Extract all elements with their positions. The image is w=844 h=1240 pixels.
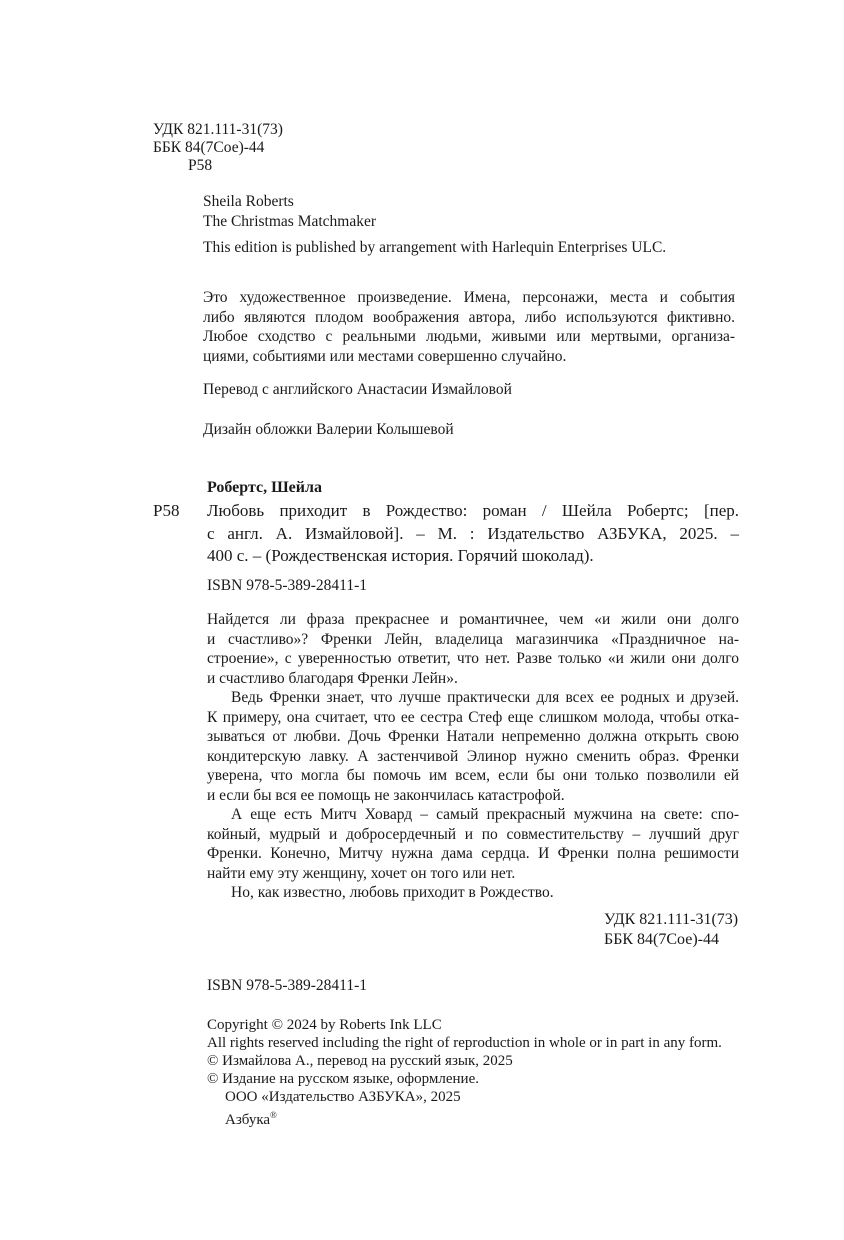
publisher-brand: Азбука® bbox=[207, 1106, 722, 1129]
cover-credit: Дизайн обложки Валерии Колышевой bbox=[203, 420, 454, 440]
annotation-line: строение», с уверенностью ответит, что н… bbox=[207, 649, 739, 669]
author-sign-top: Р58 bbox=[188, 156, 212, 176]
disclaimer-line: Любое сходство с реальными людьми, живым… bbox=[203, 327, 735, 347]
catalog-line: с англ. А. Измайловой]. – М. : Издательс… bbox=[207, 523, 739, 546]
publisher-name: ООО «Издательство АЗБУКА», 2025 bbox=[207, 1088, 722, 1106]
disclaimer-line: либо являются плодом воображения автора,… bbox=[203, 308, 735, 328]
annotation-line: и счастливо»? Френки Лейн, владелица маг… bbox=[207, 630, 739, 650]
annotation-paragraph: Ведь Френки знает, что лучше практически… bbox=[207, 688, 739, 805]
annotation-line: Ведь Френки знает, что лучше практически… bbox=[207, 688, 739, 708]
udk-bottom: УДК 821.111-31(73) bbox=[604, 910, 738, 930]
annotation-line: зываться от любви. Дочь Френки Натали не… bbox=[207, 727, 739, 747]
original-title: The Christmas Matchmaker bbox=[203, 212, 376, 232]
annotation-line: найти ему эту женщину, хочет он того или… bbox=[207, 864, 739, 884]
catalog-author-heading: Робертс, Шейла bbox=[207, 478, 322, 498]
annotation-line: и счастливо благодаря Френки Лейн». bbox=[207, 669, 739, 689]
annotation-line: К примеру, она считает, что ее сестра Ст… bbox=[207, 708, 739, 728]
annotation-line: кондитерскую лавку. А застенчивой Элинор… bbox=[207, 747, 739, 767]
annotation-line: Френки. Конечно, Митчу нужна дама сердца… bbox=[207, 844, 739, 864]
catalog-isbn: ISBN 978-5-389-28411-1 bbox=[207, 576, 367, 596]
footer-isbn: ISBN 978-5-389-28411-1 bbox=[207, 976, 367, 996]
catalog-description: Любовь приходит в Рождество: роман / Шей… bbox=[207, 500, 739, 568]
catalog-line: Любовь приходит в Рождество: роман / Шей… bbox=[207, 500, 739, 523]
bbk-bottom: ББК 84(7Сое)-44 bbox=[604, 930, 719, 950]
arrangement-notice: This edition is published by arrangement… bbox=[203, 238, 666, 258]
annotation-line: Но, как известно, любовь приходит в Рожд… bbox=[207, 883, 739, 903]
bbk-top: ББК 84(7Сое)-44 bbox=[153, 138, 264, 158]
rights-reserved: All rights reserved including the right … bbox=[207, 1034, 722, 1052]
annotation-line: А еще есть Митч Ховард – самый прекрасны… bbox=[207, 805, 739, 825]
annotation-paragraph: Найдется ли фраза прекраснее и романтичн… bbox=[207, 610, 739, 688]
annotation-line: уверена, что могла бы помочь им всем, ес… bbox=[207, 766, 739, 786]
annotation-line: Найдется ли фраза прекраснее и романтичн… bbox=[207, 610, 739, 630]
disclaimer-line: Это художественное произведение. Имена, … bbox=[203, 288, 735, 308]
registered-mark-icon: ® bbox=[270, 1110, 277, 1120]
disclaimer-line: циями, событиями или местами совершенно … bbox=[203, 347, 735, 367]
brand-name: Азбука bbox=[225, 1112, 270, 1128]
annotation-line: койный, мудрый и добросердечный и по сов… bbox=[207, 825, 739, 845]
disclaimer: Это художественное произведение. Имена, … bbox=[203, 288, 735, 366]
catalog-line: 400 с. – (Рождественская история. Горячи… bbox=[207, 545, 739, 568]
annotation: Найдется ли фраза прекраснее и романтичн… bbox=[207, 610, 739, 903]
copyright-original: Copyright © 2024 by Roberts Ink LLC bbox=[207, 1016, 722, 1034]
catalog-sign: Р58 bbox=[153, 501, 179, 521]
edition-copyright: © Издание на русском языке, оформление. bbox=[207, 1070, 722, 1088]
original-author: Sheila Roberts bbox=[203, 192, 294, 212]
translator-credit: Перевод с английского Анастасии Измайлов… bbox=[203, 380, 512, 400]
annotation-paragraph: Но, как известно, любовь приходит в Рожд… bbox=[207, 883, 739, 903]
copyright-block: Copyright © 2024 by Roberts Ink LLC All … bbox=[207, 1016, 722, 1129]
udk-top: УДК 821.111-31(73) bbox=[153, 120, 283, 140]
translation-copyright: © Измайлова А., перевод на русский язык,… bbox=[207, 1052, 722, 1070]
annotation-paragraph: А еще есть Митч Ховард – самый прекрасны… bbox=[207, 805, 739, 883]
annotation-line: и если бы вся ее помощь не закончилась к… bbox=[207, 786, 739, 806]
